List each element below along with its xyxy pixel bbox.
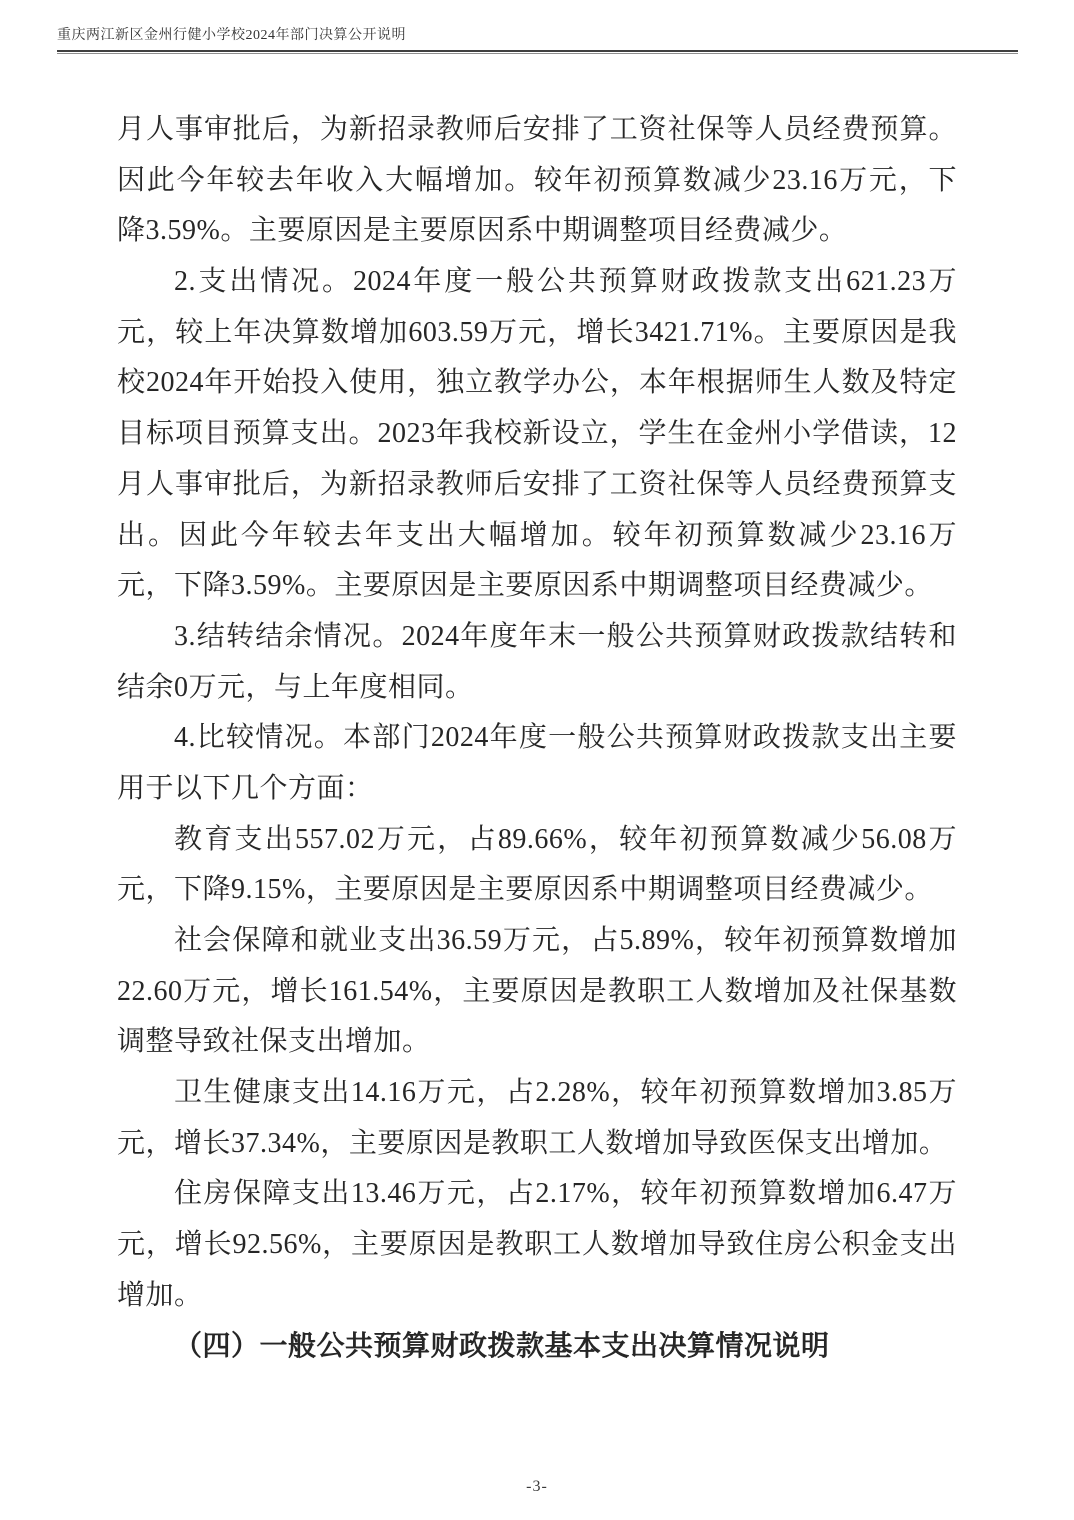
text-line: 卫生健康支出14.16万元，占2.28%，较年初预算数增加3.85万 <box>117 1068 957 1119</box>
page-header: 重庆两江新区金州行健小学校2024年部门决算公开说明 <box>57 0 1018 54</box>
text-line: 3.结转结余情况。2024年度年末一般公共预算财政拨款结转和 <box>117 612 957 663</box>
text-line: 增加。 <box>117 1271 957 1322</box>
page-footer: -3- <box>0 1478 1074 1496</box>
text-line: 月人事审批后，为新招录教师后安排了工资社保等人员经费预算。 <box>117 105 957 156</box>
header-rule <box>57 50 1018 54</box>
document-page: 重庆两江新区金州行健小学校2024年部门决算公开说明 月人事审批后，为新招录教师… <box>0 0 1074 1520</box>
text-line: 元，下降3.59%。主要原因是主要原因系中期调整项目经费减少。 <box>117 561 957 612</box>
text-line: 因此今年较去年收入大幅增加。较年初预算数减少23.16万元，下 <box>117 156 957 207</box>
section-heading: （四）一般公共预算财政拨款基本支出决算情况说明 <box>117 1322 957 1373</box>
text-line: 2.支出情况。2024年度一般公共预算财政拨款支出621.23万 <box>117 257 957 308</box>
text-line: 月人事审批后，为新招录教师后安排了工资社保等人员经费预算支 <box>117 460 957 511</box>
header-title: 重庆两江新区金州行健小学校2024年部门决算公开说明 <box>57 0 1018 45</box>
text-line: 22.60万元，增长161.54%，主要原因是教职工人数增加及社保基数 <box>117 967 957 1018</box>
document-body: 月人事审批后，为新招录教师后安排了工资社保等人员经费预算。因此今年较去年收入大幅… <box>117 105 957 1372</box>
text-line: 元，较上年决算数增加603.59万元，增长3421.71%。主要原因是我 <box>117 308 957 359</box>
text-line: 出。因此今年较去年支出大幅增加。较年初预算数减少23.16万 <box>117 511 957 562</box>
text-line: 用于以下几个方面： <box>117 764 957 815</box>
text-line: 社会保障和就业支出36.59万元，占5.89%，较年初预算数增加 <box>117 916 957 967</box>
text-line: 调整导致社保支出增加。 <box>117 1017 957 1068</box>
text-line: 元，下降9.15%，主要原因是主要原因系中期调整项目经费减少。 <box>117 865 957 916</box>
text-line: 元，增长37.34%，主要原因是教职工人数增加导致医保支出增加。 <box>117 1119 957 1170</box>
text-line: 住房保障支出13.46万元，占2.17%，较年初预算数增加6.47万 <box>117 1169 957 1220</box>
text-line: 元，增长92.56%，主要原因是教职工人数增加导致住房公积金支出 <box>117 1220 957 1271</box>
text-line: 校2024年开始投入使用，独立教学办公，本年根据师生人数及特定 <box>117 358 957 409</box>
text-line: 4.比较情况。本部门2024年度一般公共预算财政拨款支出主要 <box>117 713 957 764</box>
text-line: 结余0万元，与上年度相同。 <box>117 663 957 714</box>
text-line: 降3.59%。主要原因是主要原因系中期调整项目经费减少。 <box>117 206 957 257</box>
text-line: 目标项目预算支出。2023年我校新设立，学生在金州小学借读，12 <box>117 409 957 460</box>
text-line: 教育支出557.02万元，占89.66%，较年初预算数减少56.08万 <box>117 815 957 866</box>
page-number: -3- <box>526 1478 548 1495</box>
